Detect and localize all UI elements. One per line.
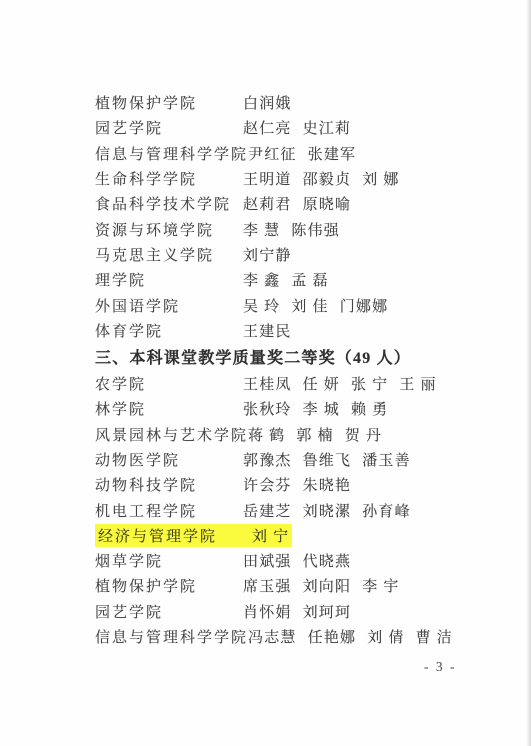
award-list: 植物保护学院白润娥园艺学院赵仁亮史江莉信息与管理科学学院尹红征张建军生命科学学院… bbox=[95, 90, 521, 649]
awardee-name: 刘向阳 bbox=[303, 575, 352, 596]
college-name: 信息与管理科学学院 bbox=[95, 143, 248, 164]
awardee-names: 肖怀娟刘珂珂 bbox=[243, 601, 351, 622]
awardee-name: 李 鑫 bbox=[243, 269, 280, 290]
college-name: 生命科学学院 bbox=[95, 168, 243, 189]
college-name: 动物科技学院 bbox=[95, 474, 243, 495]
table-row: 外国语学院吴 玲刘 佳门娜娜 bbox=[95, 292, 521, 317]
awardee-name: 田斌强 bbox=[243, 550, 292, 571]
college-name: 马克思主义学院 bbox=[95, 244, 243, 265]
awardee-name: 刘珂珂 bbox=[303, 601, 352, 622]
table-row: 烟草学院田斌强代晓燕 bbox=[95, 548, 521, 573]
table-row: 食品科学技术学院赵莉君原晓喻 bbox=[95, 191, 521, 216]
awardee-names: 王明道邵毅贞刘 娜 bbox=[243, 168, 400, 189]
awardee-name: 冯志慧 bbox=[248, 626, 297, 647]
awardee-name: 门娜娜 bbox=[340, 295, 389, 316]
college-name: 资源与环境学院 bbox=[95, 219, 243, 240]
awardee-name: 赖 勇 bbox=[351, 398, 388, 419]
awardee-names: 白润娥 bbox=[243, 92, 292, 113]
awardee-name: 邵毅贞 bbox=[303, 168, 352, 189]
awardee-names: 赵莉君原晓喻 bbox=[243, 193, 351, 214]
awardee-names: 王桂凤任 妍张 宁王 丽 bbox=[243, 373, 437, 394]
awardee-name: 张建军 bbox=[308, 143, 357, 164]
awardee-name: 刘晓漯 bbox=[303, 500, 352, 521]
table-row: 动物医学院郭豫杰鲁维飞潘玉善 bbox=[95, 447, 521, 472]
table-row: 风景园林与艺术学院蒋 鹤郭 楠贺 丹 bbox=[95, 422, 521, 447]
table-row: 生命科学学院王明道邵毅贞刘 娜 bbox=[95, 166, 521, 191]
table-row: 农学院王桂凤任 妍张 宁王 丽 bbox=[95, 371, 521, 396]
awardee-names: 田斌强代晓燕 bbox=[243, 550, 351, 571]
awardee-name: 孙育峰 bbox=[362, 500, 411, 521]
table-row: 园艺学院赵仁亮史江莉 bbox=[95, 115, 521, 140]
awardee-names: 王建民 bbox=[243, 320, 292, 341]
awardee-names: 李 慧陈伟强 bbox=[243, 219, 340, 240]
college-name: 经济与管理学院 bbox=[95, 524, 249, 547]
awardee-names: 许会芬朱晓艳 bbox=[243, 474, 351, 495]
document-page: 植物保护学院白润娥园艺学院赵仁亮史江莉信息与管理科学学院尹红征张建军生命科学学院… bbox=[0, 0, 531, 746]
awardee-names: 尹红征张建军 bbox=[248, 143, 356, 164]
awardee-names: 张秋玲李 城赖 勇 bbox=[243, 398, 388, 419]
awardee-name: 李 城 bbox=[303, 398, 340, 419]
table-row: 理学院李 鑫孟 磊 bbox=[95, 267, 521, 292]
awardee-name: 李 宇 bbox=[362, 575, 399, 596]
table-row: 植物保护学院席玉强刘向阳李 宇 bbox=[95, 573, 521, 598]
awardee-name: 刘 宁 bbox=[249, 524, 292, 547]
awardee-names: 赵仁亮史江莉 bbox=[243, 117, 351, 138]
table-row: 植物保护学院白润娥 bbox=[95, 90, 521, 115]
table-row: 信息与管理科学学院尹红征张建军 bbox=[95, 141, 521, 166]
awardee-name: 王 丽 bbox=[399, 373, 436, 394]
awardee-name: 刘宁静 bbox=[243, 244, 292, 265]
awardee-name: 任 妍 bbox=[303, 373, 340, 394]
awardee-name: 许会芬 bbox=[243, 474, 292, 495]
college-name: 动物医学院 bbox=[95, 449, 243, 470]
awardee-names: 岳建芝刘晓漯孙育峰 bbox=[243, 500, 411, 521]
awardee-name: 王建民 bbox=[243, 320, 292, 341]
awardee-names: 冯志慧任艳娜刘 倩曹 洁 bbox=[248, 626, 453, 647]
awardee-name: 白润娥 bbox=[243, 92, 292, 113]
awardee-name: 赵仁亮 bbox=[243, 117, 292, 138]
awardee-name: 代晓燕 bbox=[303, 550, 352, 571]
awardee-name: 肖怀娟 bbox=[243, 601, 292, 622]
college-name: 园艺学院 bbox=[95, 601, 243, 622]
awardee-names: 刘宁静 bbox=[243, 244, 292, 265]
section-first-prize-rows: 植物保护学院白润娥园艺学院赵仁亮史江莉信息与管理科学学院尹红征张建军生命科学学院… bbox=[95, 90, 521, 343]
page-number: - 3 - bbox=[424, 659, 457, 675]
awardee-name: 蒋 鹤 bbox=[248, 424, 285, 445]
awardee-name: 席玉强 bbox=[243, 575, 292, 596]
table-row: 信息与管理科学学院冯志慧任艳娜刘 倩曹 洁 bbox=[95, 624, 521, 649]
table-row: 资源与环境学院李 慧陈伟强 bbox=[95, 216, 521, 241]
awardee-name: 刘 佳 bbox=[291, 295, 328, 316]
table-row: 马克思主义学院刘宁静 bbox=[95, 242, 521, 267]
awardee-name: 任艳娜 bbox=[308, 626, 357, 647]
awardee-name: 岳建芝 bbox=[243, 500, 292, 521]
table-row: 动物科技学院许会芬朱晓艳 bbox=[95, 472, 521, 497]
awardee-name: 尹红征 bbox=[248, 143, 297, 164]
college-name: 林学院 bbox=[95, 398, 243, 419]
awardee-name: 曹 洁 bbox=[416, 626, 453, 647]
awardee-name: 李 慧 bbox=[243, 219, 280, 240]
awardee-name: 陈伟强 bbox=[291, 219, 340, 240]
awardee-name: 刘 倩 bbox=[367, 626, 404, 647]
awardee-names: 吴 玲刘 佳门娜娜 bbox=[243, 295, 388, 316]
table-row: 林学院张秋玲李 城赖 勇 bbox=[95, 396, 521, 421]
awardee-name: 孟 磊 bbox=[291, 269, 328, 290]
college-name: 外国语学院 bbox=[95, 295, 243, 316]
awardee-name: 王桂凤 bbox=[243, 373, 292, 394]
college-name: 植物保护学院 bbox=[95, 92, 243, 113]
section-second-prize-rows: 农学院王桂凤任 妍张 宁王 丽林学院张秋玲李 城赖 勇风景园林与艺术学院蒋 鹤郭… bbox=[95, 371, 521, 649]
college-name: 风景园林与艺术学院 bbox=[95, 424, 248, 445]
awardee-names: 郭豫杰鲁维飞潘玉善 bbox=[243, 449, 411, 470]
awardee-name: 吴 玲 bbox=[243, 295, 280, 316]
awardee-name: 原晓喻 bbox=[303, 193, 352, 214]
college-name: 信息与管理科学学院 bbox=[95, 626, 248, 647]
awardee-name: 刘 娜 bbox=[362, 168, 399, 189]
table-row: 经济与管理学院刘 宁 bbox=[95, 523, 521, 548]
awardee-name: 朱晓艳 bbox=[303, 474, 352, 495]
table-row: 园艺学院肖怀娟刘珂珂 bbox=[95, 599, 521, 624]
awardee-name: 王明道 bbox=[243, 168, 292, 189]
section-heading: 三、本科课堂教学质量奖二等奖（49 人） bbox=[95, 343, 521, 371]
awardee-name: 张秋玲 bbox=[243, 398, 292, 419]
college-name: 食品科学技术学院 bbox=[95, 193, 243, 214]
college-name: 园艺学院 bbox=[95, 117, 243, 138]
college-name: 烟草学院 bbox=[95, 550, 243, 571]
table-row: 体育学院王建民 bbox=[95, 318, 521, 343]
table-row: 机电工程学院岳建芝刘晓漯孙育峰 bbox=[95, 497, 521, 522]
awardee-name: 郭豫杰 bbox=[243, 449, 292, 470]
awardee-name: 郭 楠 bbox=[296, 424, 333, 445]
college-name: 农学院 bbox=[95, 373, 243, 394]
college-name: 体育学院 bbox=[95, 320, 243, 341]
awardee-names: 蒋 鹤郭 楠贺 丹 bbox=[248, 424, 382, 445]
college-name: 机电工程学院 bbox=[95, 500, 243, 521]
college-name: 植物保护学院 bbox=[95, 575, 243, 596]
awardee-names: 李 鑫孟 磊 bbox=[243, 269, 329, 290]
awardee-name: 赵莉君 bbox=[243, 193, 292, 214]
college-name: 理学院 bbox=[95, 269, 243, 290]
awardee-names: 席玉强刘向阳李 宇 bbox=[243, 575, 400, 596]
awardee-name: 贺 丹 bbox=[345, 424, 382, 445]
awardee-names: 刘 宁 bbox=[249, 524, 292, 547]
awardee-name: 鲁维飞 bbox=[303, 449, 352, 470]
awardee-name: 张 宁 bbox=[351, 373, 388, 394]
awardee-name: 潘玉善 bbox=[362, 449, 411, 470]
awardee-name: 史江莉 bbox=[303, 117, 352, 138]
